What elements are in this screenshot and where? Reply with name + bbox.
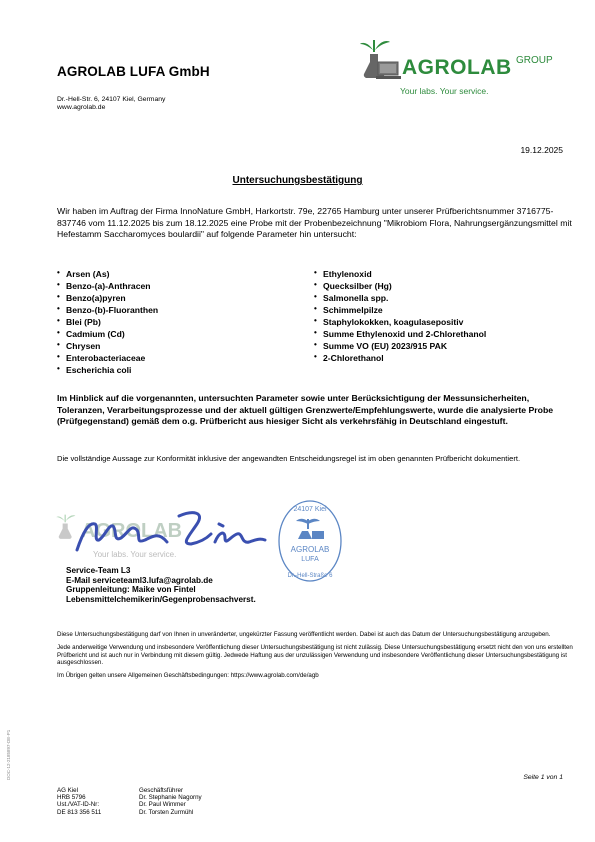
service-team: Service-Team L3 xyxy=(66,566,256,576)
list-item: Arsen (As) xyxy=(57,268,158,280)
footer-manager: Dr. Paul Wimmer xyxy=(139,801,202,808)
list-item: Blei (Pb) xyxy=(57,316,158,328)
document-title: Untersuchungsbestätigung xyxy=(0,175,595,186)
conclusion-paragraph: Im Hinblick auf die vorgenannten, unters… xyxy=(57,393,577,428)
footer-manager: Dr. Torsten Zurmühl xyxy=(139,809,202,816)
parameter-list-right: Ethylenoxid Quecksilber (Hg) Salmonella … xyxy=(314,268,486,364)
handwritten-signature xyxy=(69,502,289,562)
list-item: Benzo-(b)-Fluoranthen xyxy=(57,304,158,316)
list-item: Escherichia coli xyxy=(57,364,158,376)
logo-group-label: GROUP xyxy=(516,55,553,66)
disclaimer-usage: Jede anderweitige Verwendung und insbeso… xyxy=(57,644,577,667)
list-item: Summe Ethylenoxid und 2-Chlorethanol xyxy=(314,328,486,340)
document-date: 19.12.2025 xyxy=(520,145,563,155)
footer-vat-label: Ust./VAT-ID-Nr: xyxy=(57,801,101,808)
list-item: Benzo(a)pyren xyxy=(57,292,158,304)
footer-management-label: Geschäftsführer xyxy=(139,787,202,794)
parameter-list-left: Arsen (As) Benzo-(a)-Anthracen Benzo(a)p… xyxy=(57,268,158,376)
service-email[interactable]: E-Mail serviceteaml3.lufa@agrolab.de xyxy=(66,576,256,586)
list-item: Benzo-(a)-Anthracen xyxy=(57,280,158,292)
footer-manager: Dr. Stephanie Nagorny xyxy=(139,794,202,801)
disclaimer-block: Diese Untersuchungsbestätigung darf von … xyxy=(57,631,577,685)
list-item: Cadmium (Cd) xyxy=(57,328,158,340)
intro-paragraph: Wir haben im Auftrag der Firma InnoNatur… xyxy=(57,206,572,241)
company-address: Dr.-Hell-Str. 6, 24107 Kiel, Germany www… xyxy=(57,96,165,112)
website: www.agrolab.de xyxy=(57,104,165,112)
stamp-seal-icon: 24107 Kiel AGROLAB LUFA Dr.-Hell-Straße … xyxy=(276,497,344,585)
list-item: Ethylenoxid xyxy=(314,268,486,280)
logo-wordmark: AGROLAB xyxy=(402,56,512,80)
document-id: DOC-12-2185897-DE-P1 xyxy=(6,730,11,780)
list-item: Salmonella spp. xyxy=(314,292,486,304)
svg-text:Dr.-Hell-Straße 6: Dr.-Hell-Straße 6 xyxy=(287,573,333,579)
footer-management: Geschäftsführer Dr. Stephanie Nagorny Dr… xyxy=(139,787,202,816)
footer-registration: AG Kiel HRB 5796 Ust./VAT-ID-Nr: DE 813 … xyxy=(57,787,101,816)
conformity-note: Die vollständige Aussage zur Konformität… xyxy=(57,454,577,463)
list-item: Quecksilber (Hg) xyxy=(314,280,486,292)
svg-text:24107 Kiel: 24107 Kiel xyxy=(293,506,327,513)
list-item: Enterobacteriaceae xyxy=(57,352,158,364)
address-line: Dr.-Hell-Str. 6, 24107 Kiel, Germany xyxy=(57,96,165,104)
svg-text:LUFA: LUFA xyxy=(301,556,319,563)
service-contact: Service-Team L3 E-Mail serviceteaml3.luf… xyxy=(66,566,256,605)
lead-title: Lebensmittelchemikerin/Gegenprobensachve… xyxy=(66,595,256,605)
svg-text:AGROLAB: AGROLAB xyxy=(291,545,330,554)
page-number: Seite 1 von 1 xyxy=(523,774,563,781)
list-item: Summe VO (EU) 2023/915 PAK xyxy=(314,340,486,352)
agrolab-logo: AGROLAB GROUP Your labs. Your service. xyxy=(358,34,568,100)
group-lead: Gruppenleitung: Maike von Fintel xyxy=(66,585,256,595)
list-item: Staphylokokken, koagulasepositiv xyxy=(314,316,486,328)
list-item: Chrysen xyxy=(57,340,158,352)
footer-court: AG Kiel xyxy=(57,787,101,794)
footer-vat-id: DE 813 356 511 xyxy=(57,809,101,816)
lab-flask-plant-icon xyxy=(358,36,402,86)
company-stamp: 24107 Kiel AGROLAB LUFA Dr.-Hell-Straße … xyxy=(276,497,344,585)
company-name: AGROLAB LUFA GmbH xyxy=(57,64,210,79)
footer-hrb: HRB 5796 xyxy=(57,794,101,801)
disclaimer-publication: Diese Untersuchungsbestätigung darf von … xyxy=(57,631,577,639)
list-item: 2-Chlorethanol xyxy=(314,352,486,364)
disclaimer-terms: Im Übrigen gelten unsere Allgemeinen Ges… xyxy=(57,672,577,680)
list-item: Schimmelpilze xyxy=(314,304,486,316)
logo-slogan: Your labs. Your service. xyxy=(400,86,489,96)
